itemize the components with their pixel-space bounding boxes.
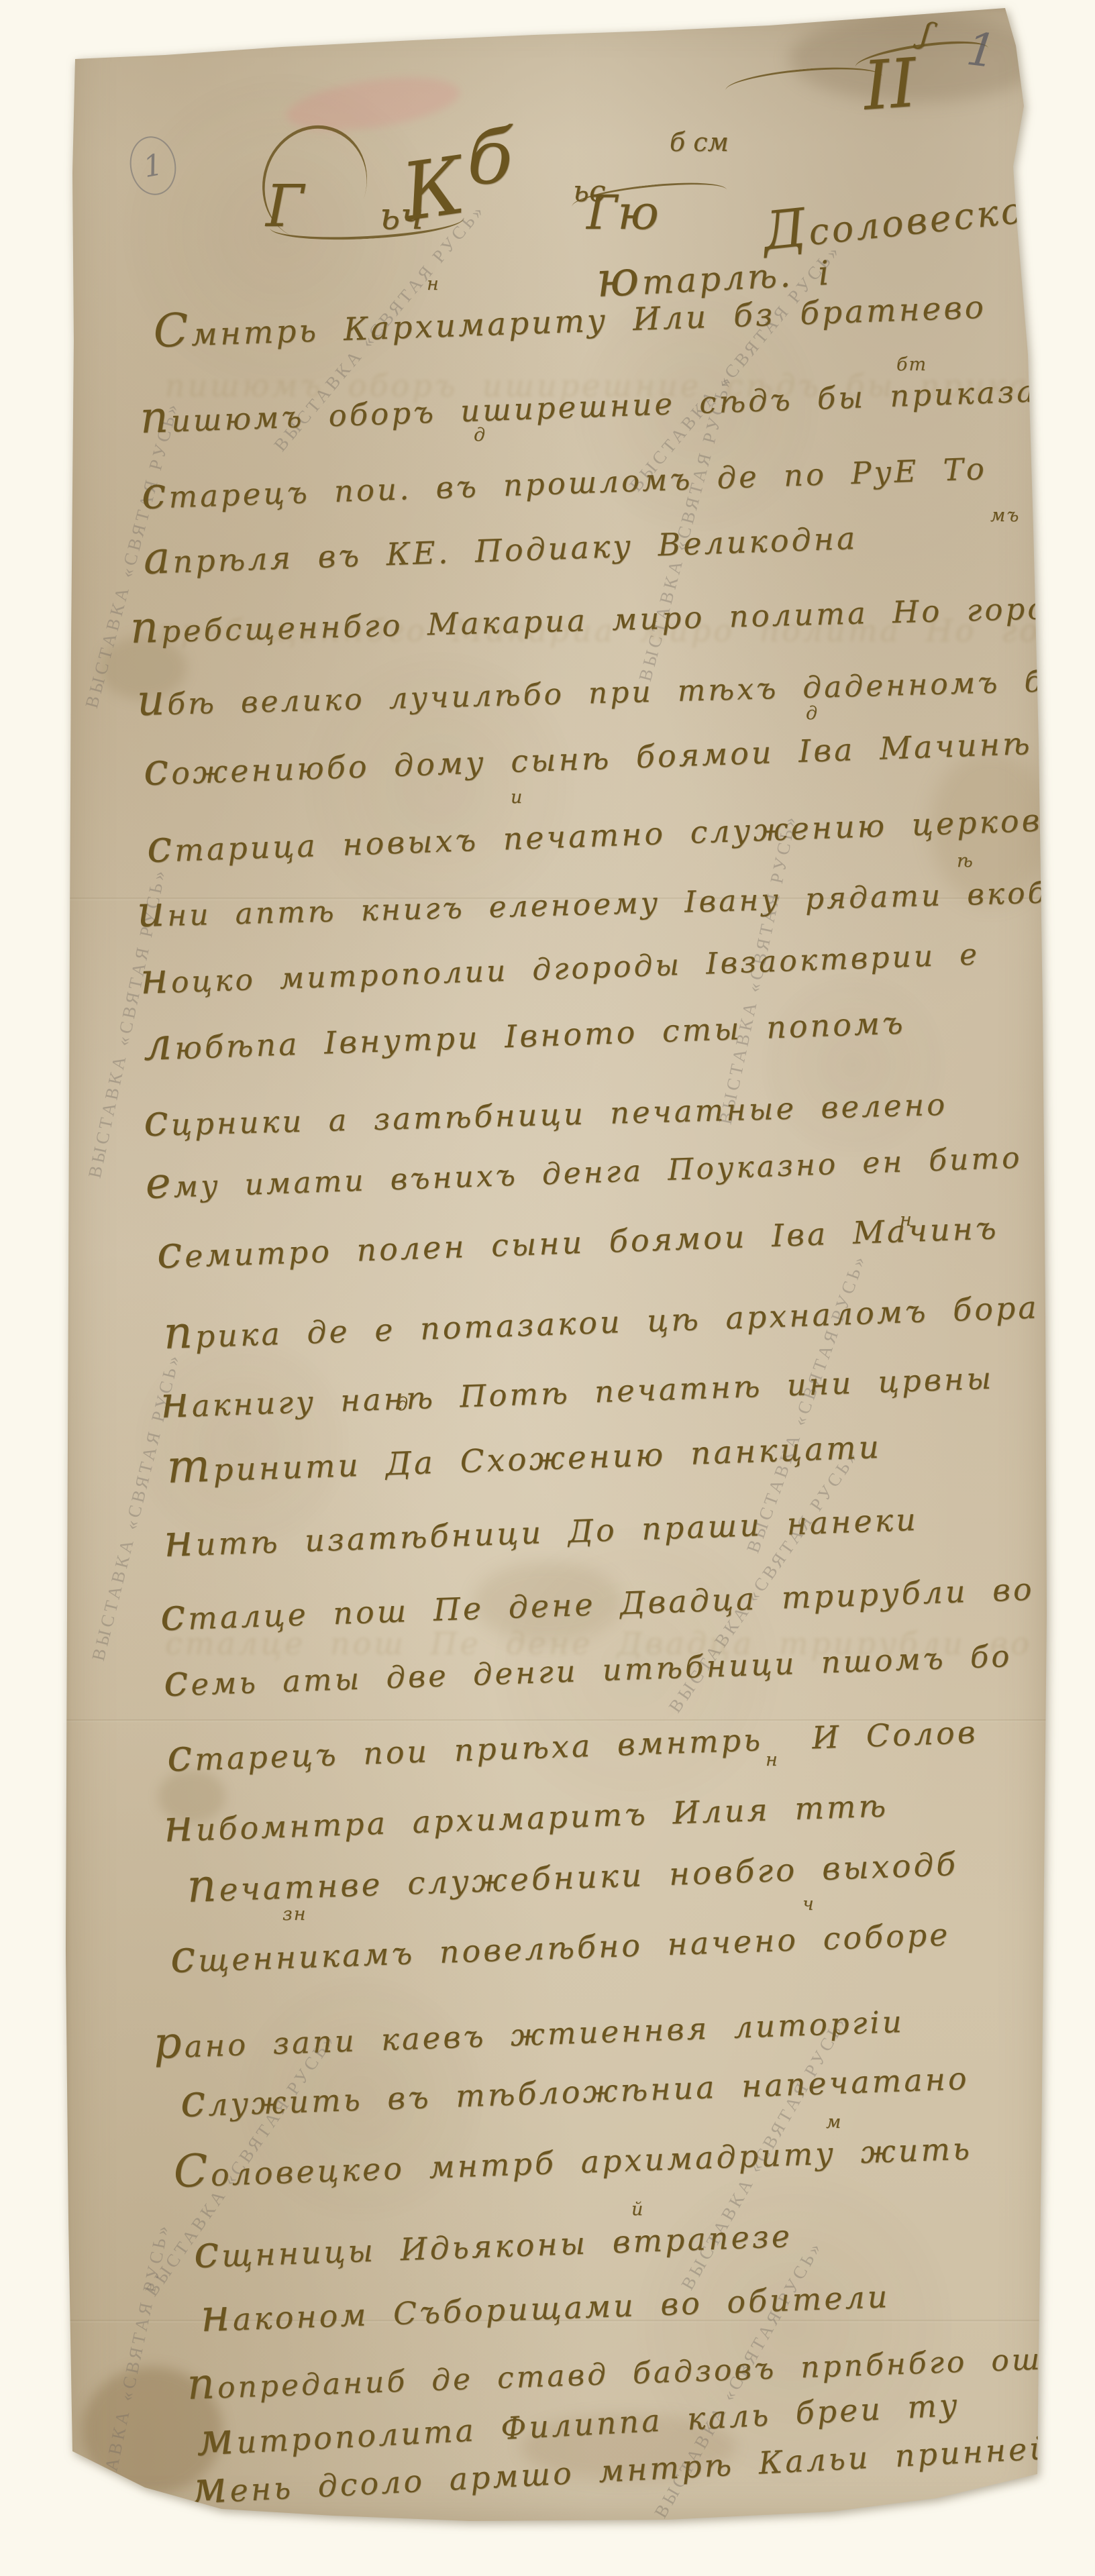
stray-superscript-letter: д bbox=[806, 703, 819, 724]
manuscript-line: наконом Съборищами во обители bbox=[199, 2265, 890, 2342]
manuscript-line: прика де е потазакои цѣ архналомъ бора bbox=[162, 1276, 1040, 1359]
manuscript-line: старецъ пои приѣха вмнтрь И Солов bbox=[166, 1701, 978, 1782]
stray-superscript-letter: н bbox=[900, 1210, 913, 1230]
stray-superscript-letter: мъ bbox=[990, 505, 1020, 526]
ink-squiggle: ʃ bbox=[918, 15, 935, 52]
stray-superscript-letter: й bbox=[631, 2199, 644, 2220]
stray-superscript-letter: бт bbox=[896, 354, 927, 375]
manuscript-line: ини аптѣ книгъ еленоему Івану рядати вко… bbox=[136, 863, 1078, 937]
heading-right-word: Гю bbox=[586, 185, 659, 240]
paper-wrapper: ВЫСТАВКА «СВЯТАЯ РУСЬ»ВЫСТАВКА «СВЯТАЯ Р… bbox=[64, 5, 1051, 2528]
stray-superscript-letter: и bbox=[511, 787, 523, 808]
stray-superscript-letter: д bbox=[474, 425, 486, 445]
stray-superscript-letter: н bbox=[766, 1750, 779, 1770]
manuscript-line: семитро полен сыни боямои Іва Мачинъ bbox=[156, 1197, 999, 1279]
manuscript-line: старица новыхъ печатно служению церковни bbox=[146, 788, 1088, 873]
heading-letter-k: К bbox=[397, 139, 470, 239]
watermark-text: ВЫСТАВКА «СВЯТАЯ РУСЬ» bbox=[88, 2220, 174, 2535]
manuscript-line: любѣпа Івнутри Івното сты попомъ bbox=[142, 991, 906, 1071]
manuscript-line: старецъ пои. въ прошломъ де по РуЕ То bbox=[140, 439, 988, 519]
stray-superscript-letter: ѣ bbox=[957, 851, 974, 871]
manuscript-scan: ВЫСТАВКА «СВЯТАЯ РУСЬ»ВЫСТАВКА «СВЯТАЯ Р… bbox=[0, 0, 1095, 2576]
heading-superscripts: б см bbox=[670, 127, 729, 157]
stray-superscript-letter: н bbox=[427, 274, 440, 294]
manuscript-line: нитѣ изатѣбници До праши нанеки bbox=[162, 1489, 919, 1567]
pink-stain bbox=[283, 68, 462, 140]
manuscript-line: сщнницы Идьяконы втрапезе bbox=[193, 2205, 793, 2278]
manuscript-line: сожениюбо дому сынѣ боямои Іва Мачинѣ bbox=[142, 712, 1033, 796]
ink-quire-mark: ІІ bbox=[861, 44, 919, 125]
heading-letter-g: Г bbox=[266, 173, 304, 240]
stray-superscript-letter: зн bbox=[282, 1904, 307, 1925]
archival-circled-number: 1 bbox=[125, 133, 180, 199]
manuscript-line: ноцко митрополии дгороды Івзаоктврии е bbox=[139, 925, 980, 1004]
manuscript-line: апрѣля въ КЕ. Подиаку Великодна bbox=[142, 507, 858, 584]
quire-mark-swash bbox=[725, 62, 884, 105]
manuscript-line: тринити Да Схожению панкцати bbox=[166, 1416, 882, 1494]
stray-superscript-letter: ч bbox=[802, 1894, 815, 1915]
paper-sheet: ВЫСТАВКА «СВЯТАЯ РУСЬ»ВЫСТАВКА «СВЯТАЯ Р… bbox=[64, 5, 1051, 2528]
manuscript-line: Смнтрь Кархимариту Или бз братнево bbox=[152, 276, 987, 358]
circled-number-value: 1 bbox=[141, 147, 165, 184]
stray-superscript-letter: д bbox=[397, 1394, 409, 1415]
manuscript-line: Соловецкео мнтрб архимадриту жить bbox=[172, 2117, 973, 2198]
stray-superscript-letter: м bbox=[826, 2112, 842, 2133]
heading-tall-b: б bbox=[467, 114, 513, 201]
pencil-folio-number: 1 bbox=[963, 23, 999, 79]
opening-line-right: Дсоловескои bbox=[760, 172, 1053, 262]
